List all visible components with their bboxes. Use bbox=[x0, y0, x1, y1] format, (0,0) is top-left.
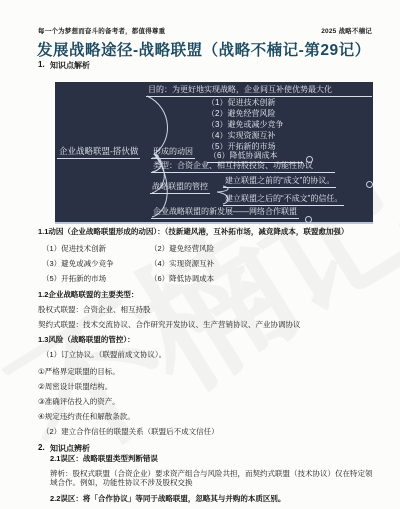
mindmap-control-before-node: 建立联盟之前的“成文”的协议。 bbox=[223, 175, 336, 188]
risk-item: （1）订立协议。（联盟前成文协议）。 bbox=[42, 350, 166, 359]
mindmap-motive-item: （1）促进技术创新 bbox=[207, 97, 275, 108]
motive-item: （6）降低协调成本 bbox=[150, 274, 214, 283]
mindmap-type-node: 类型：合资企业、相互持股投资、功能性协议 bbox=[151, 160, 335, 173]
mindmap-control-label-node: 战略联盟的管控 bbox=[150, 181, 210, 194]
type-heading: 1.2企业战略联盟的主要类型： bbox=[38, 290, 138, 299]
section1-title: 知识点解析 bbox=[50, 60, 90, 71]
mindmap-motives-label-node: 形成的动因 bbox=[151, 146, 195, 159]
motive-heading: 1.1动因（企业战略联盟形成的动因）：（技新避风港，互补拓市场，减竞降成本，联盟… bbox=[38, 227, 348, 236]
mindmap-motive-item: （2）避免经营风险 bbox=[207, 108, 275, 119]
node-toggle-icon bbox=[305, 216, 312, 223]
section2-number: 2. bbox=[38, 443, 45, 452]
risk-point: ④规定违约责任和解散条款。 bbox=[38, 412, 135, 421]
mindmap-root-node: 企业战略联盟-搭伙做 bbox=[57, 146, 140, 159]
risk-item: （2）建立合作信任的联盟关系（联盟后不成文信任） bbox=[42, 427, 219, 436]
misconception1-heading: 2.1误区：战略联盟类型判断错误 bbox=[50, 454, 158, 463]
document-page: 不楠记 每一个为梦想而奋斗的备考者，都值得尊重 2025 战略不楠记 发展战略途… bbox=[0, 0, 400, 509]
section1-number: 1. bbox=[38, 60, 45, 69]
mindmap-motive-item: （4）实现资源互补 bbox=[207, 130, 275, 141]
header-edition: 2025 战略不楠记 bbox=[321, 26, 372, 35]
mindmap-purpose-node: 目的：为更好地实现战略，企业间互补使优势最大化 bbox=[146, 84, 372, 97]
motive-item: （3）避免或减少竞争 bbox=[42, 259, 114, 268]
mindmap-development-node: 企业战略联盟的新发展——网络合作联盟 bbox=[151, 206, 299, 219]
risk-point: ③准确评估投入的资产。 bbox=[38, 397, 120, 406]
mindmap-motive-item: （3）避免或减少竞争 bbox=[207, 119, 283, 130]
page-title: 发展战略途径-战略联盟（战略不楠记-第29记） bbox=[37, 38, 371, 60]
motive-item: （1）促进技术创新 bbox=[42, 244, 106, 253]
motive-item: （5）开拓新的市场 bbox=[42, 274, 106, 283]
node-toggle-icon bbox=[366, 181, 373, 188]
mindmap-control-after-node: 建立联盟之后的“不成文”的信任。 bbox=[223, 193, 344, 206]
motive-item: （4）实现资源互补 bbox=[150, 259, 214, 268]
motive-item: （2）避免经营风险 bbox=[150, 244, 214, 253]
risk-heading: 1.3风险（战略联盟的管控）： bbox=[38, 335, 135, 344]
risk-point: ①严格界定联盟的目标。 bbox=[38, 367, 120, 376]
equity-line: 股权式联盟：合资企业、相互持股 bbox=[38, 305, 151, 314]
contract-line: 契约式联盟：技术交流协议、合作研究开发协议、生产营销协议、产业协调协议 bbox=[38, 320, 301, 329]
misconception1-body: 辨析：股权式联盟（合资企业）要求资产组合与风险共担，而契约式联盟（技术协议）仅在… bbox=[50, 469, 378, 488]
section2-title: 知识点辨析 bbox=[50, 443, 90, 454]
risk-point: ②周密设计联盟结构。 bbox=[38, 382, 112, 391]
misconception2-heading: 2.2误区：将「合作协议」等同于战略联盟，忽略其与并购的本质区别。 bbox=[50, 494, 285, 503]
mindmap-panel: 企业战略联盟-搭伙做 目的：为更好地实现战略，企业间互补使优势最大化 （1）促进… bbox=[55, 82, 373, 224]
header-slogan: 每一个为梦想而奋斗的备考者，都值得尊重 bbox=[38, 26, 165, 35]
